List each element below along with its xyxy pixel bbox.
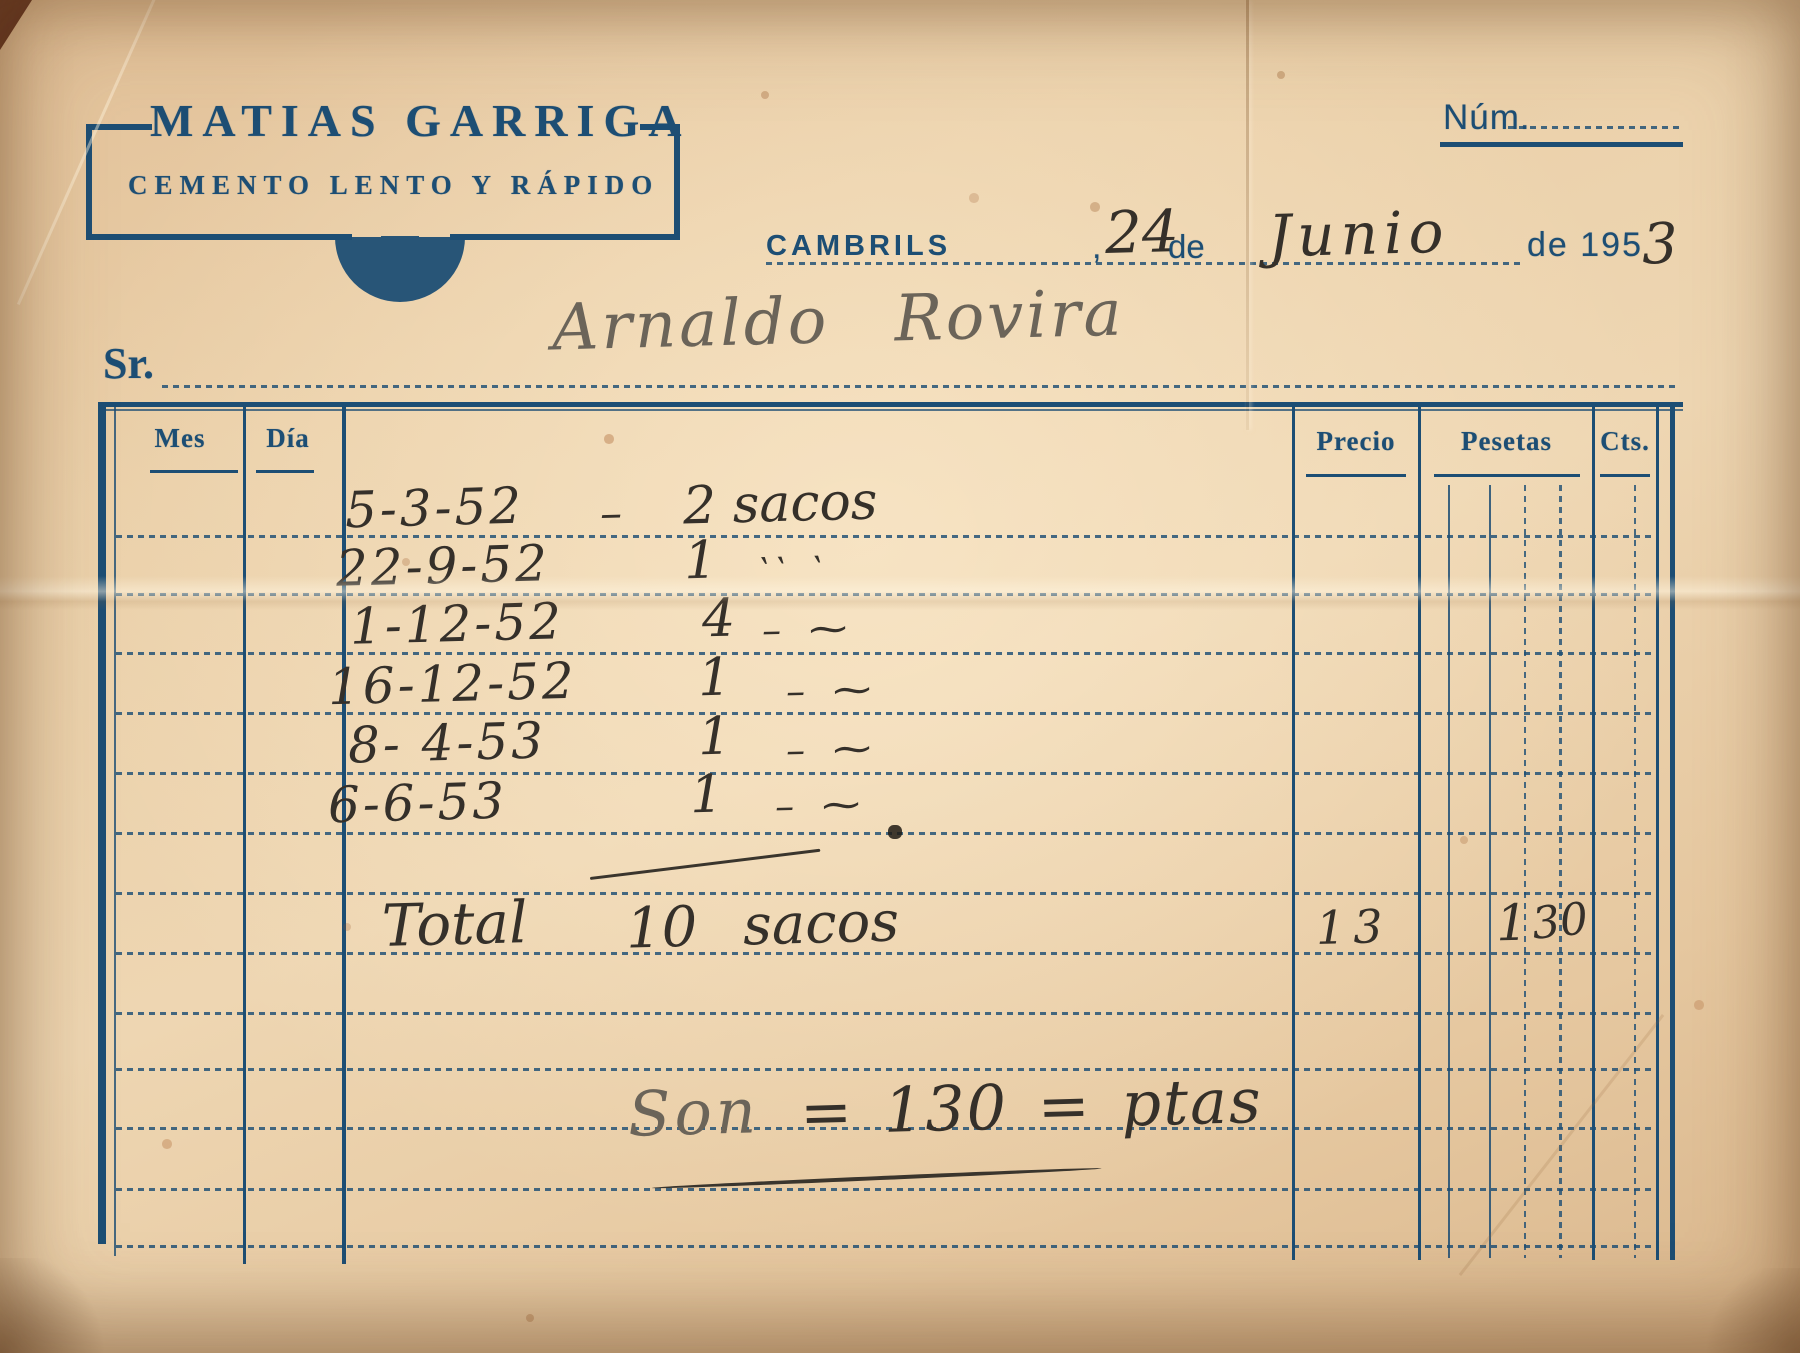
logo-frame-bottom-left	[86, 234, 352, 240]
ditto-marks: – ⁓	[785, 726, 879, 772]
header-underline	[1434, 474, 1580, 477]
table-border-left	[98, 402, 106, 1244]
num-underline	[1440, 142, 1683, 147]
entry-date: 6-6-53	[327, 772, 508, 835]
ditto-marks: – ⁓	[774, 782, 868, 828]
printed-de: de	[1168, 228, 1205, 266]
table-border-top	[100, 402, 1683, 407]
row-dotted-line	[116, 1188, 1654, 1191]
entry-separator-dash: –	[599, 488, 622, 540]
total-label: Total	[381, 888, 528, 960]
column-header-pesetas: Pesetas	[1424, 426, 1589, 457]
sr-label: Sr.	[103, 338, 154, 389]
half-disc-emblem	[335, 236, 465, 302]
header-underline	[256, 470, 314, 473]
logo-frame-bottom-right	[450, 234, 680, 240]
num-dotted-line	[1508, 126, 1680, 129]
header-underline	[150, 470, 238, 473]
row-dotted-line	[116, 1012, 1654, 1015]
total-pesetas-cents: 30	[1529, 893, 1590, 950]
table-border-right	[1656, 402, 1659, 1260]
amount-in-words-prefix: Son	[627, 1074, 761, 1150]
row-dotted-line	[116, 652, 1654, 655]
ditto-marks: – ⁓	[785, 667, 879, 713]
entry-quantity: 1	[689, 765, 724, 826]
amount-in-words: = 130 = ptas	[799, 1064, 1264, 1149]
sum-stroke	[590, 849, 821, 880]
entry-quantity: 2 sacos	[682, 471, 878, 536]
company-tagline: CEMENTO LENTO Y RÁPIDO	[128, 170, 659, 201]
corner-shadow	[1700, 1268, 1800, 1353]
city-label: CAMBRILS	[766, 230, 951, 263]
printed-year-prefix: de 195	[1527, 226, 1643, 265]
scan-vignette	[0, 0, 1800, 1353]
handwritten-name: Arnaldo Rovira	[551, 277, 1125, 366]
handwritten-month: Junio	[1267, 198, 1450, 271]
total-price: 13	[1315, 899, 1391, 955]
company-name: MATIAS GARRIGA	[150, 94, 690, 147]
column-header-dia: Día	[258, 423, 318, 454]
logo-frame-right	[674, 124, 680, 240]
entry-quantity: 1	[697, 648, 732, 709]
row-dotted-line	[116, 1068, 1654, 1071]
corner-tear-mark	[0, 0, 32, 50]
corner-shadow	[0, 1258, 110, 1353]
entry-date: 5-3-52	[344, 477, 525, 540]
ditto-marks: – ⁓	[761, 606, 855, 652]
num-label: Núm.	[1443, 98, 1531, 138]
table-border-top	[100, 409, 1683, 411]
row-dotted-line	[116, 772, 1654, 775]
paper-crease	[1246, 0, 1249, 430]
printed-comma: ,	[1092, 228, 1101, 267]
paper-crease	[0, 576, 1800, 610]
table-border-right	[1670, 402, 1675, 1260]
entry-date: 8- 4-53	[347, 711, 546, 774]
total-pesetas: 1	[1495, 894, 1528, 953]
column-header-precio: Precio	[1300, 426, 1412, 457]
header-underline	[1306, 474, 1406, 477]
column-header-cts: Cts.	[1596, 426, 1654, 457]
header-underline	[1600, 474, 1650, 477]
handwritten-year-digit: 3	[1641, 212, 1678, 278]
entry-quantity: 1	[697, 707, 732, 768]
column-header-mes: Mes	[140, 423, 220, 454]
paper-sheet: MATIAS GARRIGA CEMENTO LENTO Y RÁPIDO Nú…	[0, 0, 1800, 1353]
entry-date: 16-12-52	[327, 652, 577, 716]
total-quantity: 10 sacos	[625, 889, 900, 961]
row-dotted-line	[116, 1245, 1654, 1248]
sr-dotted-line	[162, 385, 1680, 388]
amount-underline	[652, 1166, 1102, 1190]
